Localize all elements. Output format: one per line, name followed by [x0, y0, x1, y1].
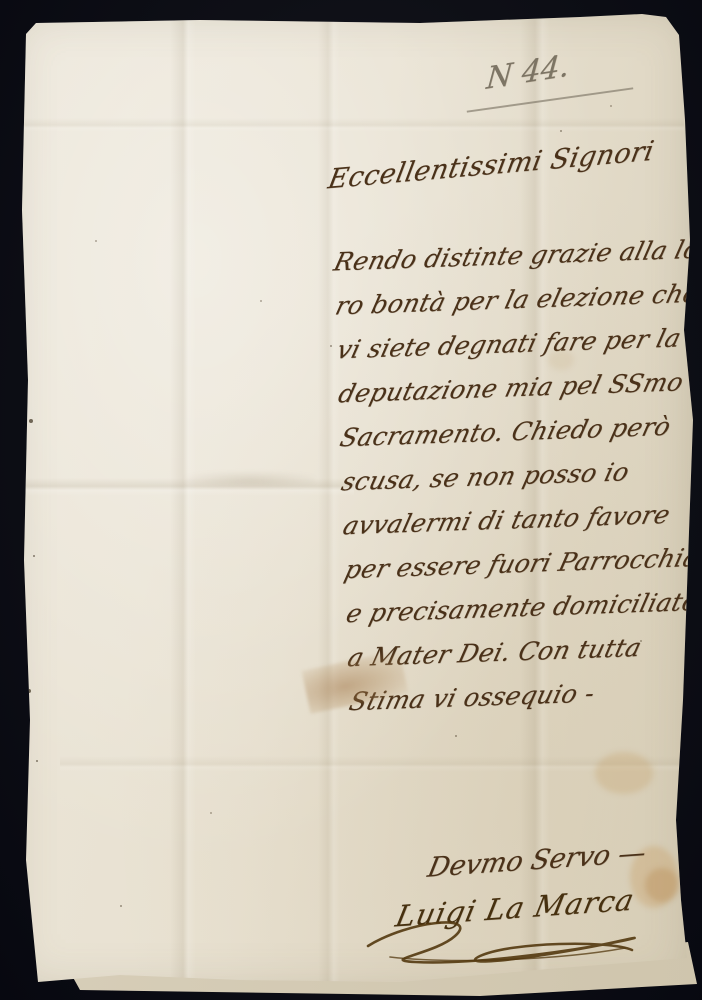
- letter-paper: N 44. Eccellentissimi Signori Rendo dist…: [0, 0, 702, 1000]
- photograph-of-letter: N 44. Eccellentissimi Signori Rendo dist…: [0, 0, 702, 1000]
- letter-body: Rendo distinte grazie alla lo ro bontà p…: [334, 228, 702, 724]
- paper-specks: [0, 0, 2, 2]
